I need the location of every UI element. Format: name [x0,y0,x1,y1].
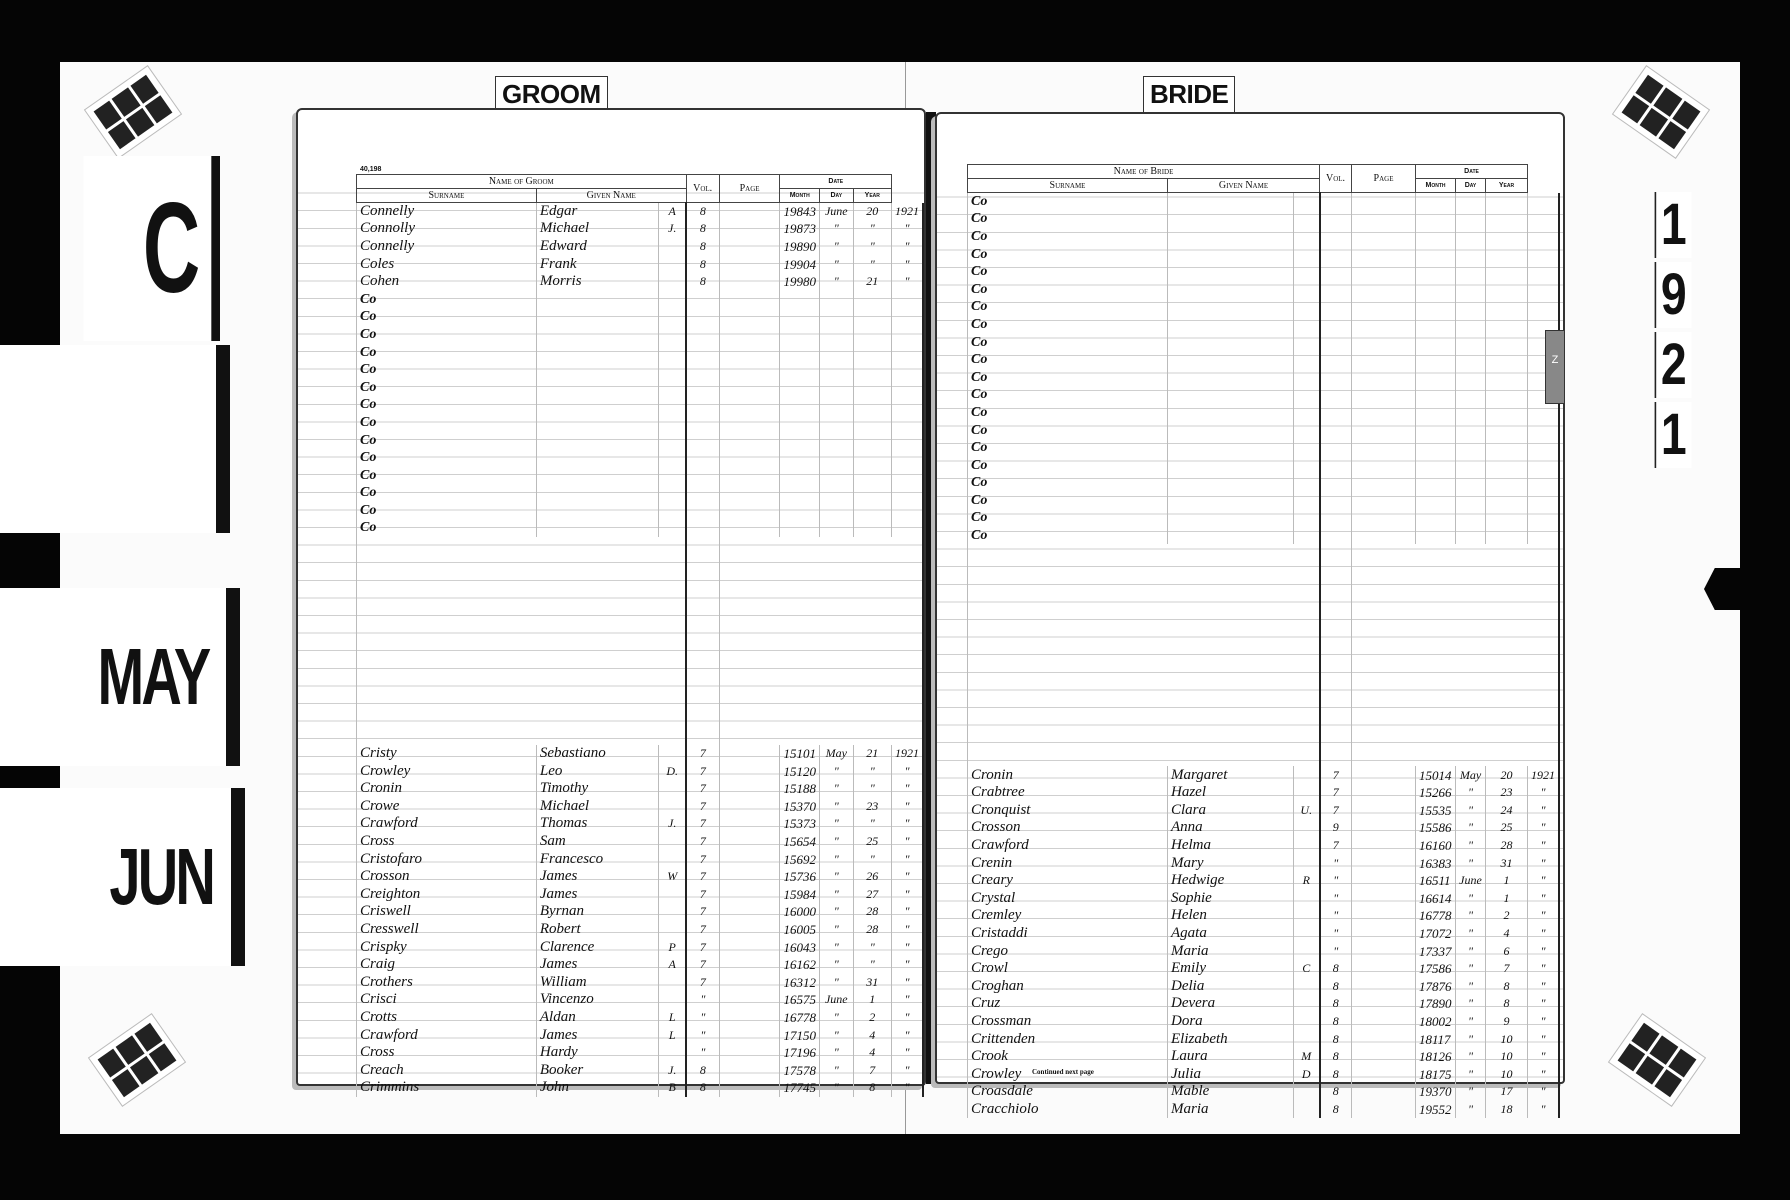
number-cell: 16778 [780,1009,820,1027]
vol-cell: 8 [1320,1083,1352,1101]
number-cell: 19843 [780,203,820,221]
day-cell [1486,474,1528,492]
vol-cell [686,378,719,396]
initial-cell [1294,280,1320,298]
index-letter: C [143,175,200,322]
vol-cell [1320,439,1352,457]
ledger-row: CrawfordJamesL"17150"4" [357,1026,924,1044]
given-name-cell [536,290,658,308]
ledger-row-placeholder: Co [968,298,1560,316]
day-cell [1486,386,1528,404]
initial-cell [659,921,686,939]
ledger-row: CrossmanDora818002"9" [968,1013,1560,1031]
year-cell: " [892,974,924,992]
col-given-name: Given Name [536,189,686,203]
year-cell: " [892,868,924,886]
vol-cell: 7 [686,815,719,833]
ledger-row: CrystalSophie"16614"1" [968,890,1560,908]
given-name-cell: Francesco [536,850,658,868]
year-cell: " [1528,1065,1560,1083]
vol-cell [1320,351,1352,369]
number-cell [780,378,820,396]
ledger-row: CremleyHelen"16778"2" [968,907,1560,925]
month-cell: May [1456,766,1486,784]
surname-cell: Creighton [357,886,537,904]
surname-cell: Cohen [357,273,537,291]
number-cell [780,431,820,449]
month-cell: " [819,850,853,868]
ledger-row: ConnellyEdward819890""" [357,238,924,256]
initial-cell [1294,784,1320,802]
surname-prefix-cell: Co [968,527,1168,545]
initial-cell [1294,210,1320,228]
day-cell [853,502,891,520]
page-cell [719,886,780,904]
number-cell: 15654 [780,833,820,851]
day-cell: 4 [853,1044,891,1062]
surname-prefix-cell: Co [357,484,537,502]
ledger-row-placeholder: Co [357,502,924,520]
ledger-row-placeholder: Co [357,449,924,467]
number-cell [780,484,820,502]
number-cell: 15101 [780,745,820,763]
month-cell [1456,492,1486,510]
year-cell: " [892,1026,924,1044]
vol-cell [686,414,719,432]
ledger-row-placeholder: Co [357,484,924,502]
col-day: Day [819,189,853,203]
vol-cell: " [1320,872,1352,890]
given-name-cell: Sophie [1168,890,1294,908]
surname-cell: Crawford [357,1026,537,1044]
number-cell: 19904 [780,255,820,273]
number-cell [1416,228,1456,246]
month-tab-jun: JUN [0,788,245,966]
given-name-cell: Delia [1168,978,1294,996]
number-cell [1416,333,1456,351]
month-cell: " [819,1009,853,1027]
given-name-cell [1168,386,1294,404]
initial-cell [1294,1083,1320,1101]
surname-prefix-cell: Co [968,351,1168,369]
year-cell: " [1528,802,1560,820]
surname-cell: Cristofaro [357,850,537,868]
number-cell: 16160 [1416,837,1456,855]
given-name-cell: James [536,1026,658,1044]
month-cell [1456,351,1486,369]
year-cell [1528,527,1560,545]
side-tab-letter: Z [1552,354,1559,366]
surname-cell: Cresswell [357,921,537,939]
surname-prefix-cell: Co [968,368,1168,386]
day-cell [1486,245,1528,263]
initial-cell [659,326,686,344]
page-cell [719,502,780,520]
ledger-row-placeholder: Co [968,404,1560,422]
given-name-cell [1168,245,1294,263]
vol-cell [1320,509,1352,527]
number-cell: 16005 [780,921,820,939]
month-cell [1456,474,1486,492]
month-cell: " [819,1026,853,1044]
day-cell [1486,421,1528,439]
surname-cell: Crossman [968,1013,1168,1031]
page-cell [719,956,780,974]
vol-cell [686,449,719,467]
page-cell [719,780,780,798]
surname-prefix-cell: Co [357,361,537,379]
page-cell [1352,421,1416,439]
day-cell: 21 [853,273,891,291]
page-cell [719,974,780,992]
surname-cell: Crawford [968,837,1168,855]
ledger-row-placeholder: Co [968,456,1560,474]
number-cell: 18117 [1416,1030,1456,1048]
year-cell: " [1528,1083,1560,1101]
month-cell: " [819,780,853,798]
number-cell: 16312 [780,974,820,992]
surname-prefix-cell: Co [357,431,537,449]
ledger-row: CreachBookerJ.817578"7" [357,1061,924,1079]
given-name-cell: Emily [1168,960,1294,978]
page-cell [719,1009,780,1027]
year-cell [1528,193,1560,211]
number-cell [1416,439,1456,457]
day-cell: 4 [1486,925,1528,943]
day-cell: 25 [1486,819,1528,837]
number-cell [1416,421,1456,439]
given-name-cell: Michael [536,798,658,816]
day-cell: 26 [853,868,891,886]
year-cell: " [1528,1030,1560,1048]
day-cell [1486,456,1528,474]
given-name-cell [1168,228,1294,246]
surname-cell: Crisci [357,991,537,1009]
given-name-cell: Clarence [536,938,658,956]
number-cell [1416,404,1456,422]
surname-prefix-cell: Co [357,378,537,396]
month-cell: " [819,956,853,974]
year-cell: " [1528,1101,1560,1119]
year-cell [1528,474,1560,492]
vol-cell: 7 [686,850,719,868]
year-cell: " [892,255,924,273]
vol-cell: 8 [1320,995,1352,1013]
page-cell [1352,492,1416,510]
day-cell [1486,193,1528,211]
vol-cell: 7 [686,886,719,904]
year-cell: " [892,762,924,780]
given-name-cell: Frank [536,255,658,273]
surname-cell: Cross [357,833,537,851]
year-cell: " [1528,995,1560,1013]
vol-cell [1320,456,1352,474]
number-cell [1416,509,1456,527]
vol-cell [686,361,719,379]
year-cell: " [892,1079,924,1097]
given-name-cell: Michael [536,220,658,238]
year-cell: " [1528,837,1560,855]
surname-cell: Connolly [357,220,537,238]
ledger-row: CrossonJamesW715736"26" [357,868,924,886]
page-cell [719,449,780,467]
ledger-row: CresswellRobert716005"28" [357,921,924,939]
month-cell: " [819,938,853,956]
year-cell [892,414,924,432]
initial-cell [659,886,686,904]
year-cell: " [892,780,924,798]
ledger-row: CroweMichael715370"23" [357,798,924,816]
page-cell [1352,854,1416,872]
day-cell: 9 [1486,1013,1528,1031]
initial-cell: J. [659,220,686,238]
vol-cell: 7 [1320,784,1352,802]
day-cell: 28 [853,921,891,939]
year-cell [1528,298,1560,316]
page-cell [719,519,780,537]
year-cell [892,361,924,379]
month-cell [819,308,853,326]
given-name-cell [1168,368,1294,386]
ledger-row-placeholder: Co [968,439,1560,457]
year-cell: 1921 [892,203,924,221]
number-cell: 19873 [780,220,820,238]
ledger-row: CrispkyClarenceP716043""" [357,938,924,956]
month-cell: " [1456,960,1486,978]
initial-cell [659,361,686,379]
page-cell [1352,995,1416,1013]
bride-ledger-page: Name of Bride Vol. Page Date Surname Giv… [935,112,1565,1084]
number-cell [1416,456,1456,474]
given-name-cell [1168,351,1294,369]
vol-cell: " [1320,890,1352,908]
day-cell [853,378,891,396]
number-cell: 18002 [1416,1013,1456,1031]
month-cell: " [819,238,853,256]
day-cell: " [853,956,891,974]
ledger-row: CrossonAnna915586"25" [968,819,1560,837]
month-tab-label: JUN [109,831,213,923]
number-cell: 15188 [780,780,820,798]
initial-cell: C [1294,960,1320,978]
page-cell [1352,890,1416,908]
year-cell: " [1528,1048,1560,1066]
month-cell [1456,210,1486,228]
vol-cell: 8 [686,238,719,256]
month-cell [819,396,853,414]
vol-cell: " [686,1044,719,1062]
initial-cell [1294,819,1320,837]
ledger-row: CrowleyLeoD.715120""" [357,762,924,780]
page-cell [1352,527,1416,545]
given-name-cell: Helen [1168,907,1294,925]
initial-cell [1294,995,1320,1013]
day-cell: " [853,780,891,798]
col-given-name: Given Name [1168,179,1320,193]
number-cell: 17150 [780,1026,820,1044]
surname-prefix-cell: Co [357,414,537,432]
day-cell: 31 [1486,854,1528,872]
surname-cell: Crego [968,942,1168,960]
page-cell [719,466,780,484]
day-cell [1486,210,1528,228]
given-name-cell: Timothy [536,780,658,798]
col-surname: Surname [968,179,1168,193]
surname-cell: Crystal [968,890,1168,908]
year-cell: " [1528,890,1560,908]
number-cell [1416,210,1456,228]
col-day: Day [1456,179,1486,193]
vol-cell [1320,193,1352,211]
month-cell: " [1456,978,1486,996]
surname-prefix-cell: Co [968,333,1168,351]
ledger-row-placeholder: Co [968,210,1560,228]
page-cell [1352,228,1416,246]
month-cell [1456,439,1486,457]
month-cell: " [1456,1101,1486,1119]
surname-cell: Croasdale [968,1083,1168,1101]
vol-cell: 7 [686,833,719,851]
number-cell [1416,351,1456,369]
page-cell [719,484,780,502]
vol-cell [1320,386,1352,404]
number-cell [1416,527,1456,545]
initial-cell [1294,421,1320,439]
number-cell [780,449,820,467]
vol-cell: 8 [686,273,719,291]
day-cell: 6 [1486,942,1528,960]
surname-cell: Crenin [968,854,1168,872]
vol-cell: 8 [1320,960,1352,978]
given-name-cell [536,396,658,414]
month-tab-label: MAY [97,631,208,723]
year-digit: 2 [1655,332,1692,398]
initial-cell [659,466,686,484]
day-cell [1486,263,1528,281]
initial-cell [1294,404,1320,422]
day-cell: 1 [1486,890,1528,908]
initial-cell [1294,1013,1320,1031]
month-cell: June [819,991,853,1009]
number-cell: 19890 [780,238,820,256]
initial-cell [1294,245,1320,263]
year-cell: " [1528,978,1560,996]
month-cell: " [1456,1030,1486,1048]
col-page: Page [1352,165,1416,193]
surname-cell: Cremley [968,907,1168,925]
month-cell [819,290,853,308]
given-name-cell [1168,456,1294,474]
month-cell: " [819,1044,853,1062]
ledger-row: CrearyHedwigeR"16511June1" [968,872,1560,890]
number-cell [1416,280,1456,298]
initial-cell [659,974,686,992]
given-name-cell: Morris [536,273,658,291]
initial-cell [1294,890,1320,908]
given-name-cell [1168,439,1294,457]
vol-cell: 8 [686,1079,719,1097]
number-cell [780,502,820,520]
surname-cell: Crispky [357,938,537,956]
vol-cell: " [1320,854,1352,872]
day-cell: 8 [1486,978,1528,996]
number-cell [780,396,820,414]
number-cell [1416,474,1456,492]
month-cell: " [819,868,853,886]
blank-cell [1352,544,1560,766]
number-cell [1416,386,1456,404]
surname-cell: Criswell [357,903,537,921]
month-cell [1456,509,1486,527]
vol-cell [686,343,719,361]
year-cell: 1921 [892,745,924,763]
blank-cell [1320,544,1352,766]
surname-prefix-cell: Co [968,245,1168,263]
initial-cell [659,850,686,868]
bride-ledger-table: Name of Bride Vol. Page Date Surname Giv… [967,164,1560,1118]
blank-cell [968,544,1320,766]
col-vol: Vol. [1320,165,1352,193]
day-cell: 20 [1486,766,1528,784]
vol-cell: 7 [686,780,719,798]
month-cell [1456,298,1486,316]
year-cell: " [892,238,924,256]
year-cell: " [892,1044,924,1062]
month-cell: " [819,886,853,904]
surname-prefix-cell: Co [968,474,1168,492]
day-cell: 24 [1486,802,1528,820]
surname-prefix-cell: Co [968,280,1168,298]
ledger-row: CrossHardy"17196"4" [357,1044,924,1062]
vol-cell: " [1320,925,1352,943]
year-cell: 1921 [1528,766,1560,784]
day-cell [853,396,891,414]
given-name-cell: Hardy [536,1044,658,1062]
vol-cell [686,290,719,308]
index-letter-tab: C [84,156,220,341]
day-cell: 2 [853,1009,891,1027]
initial-cell [659,484,686,502]
day-cell [853,343,891,361]
year-cell: " [1528,784,1560,802]
surname-cell: Cronin [968,766,1168,784]
surname-cell: Cross [357,1044,537,1062]
surname-prefix-cell: Co [968,210,1168,228]
year-cell: " [892,903,924,921]
vol-cell: 8 [686,203,719,221]
month-cell: " [1456,854,1486,872]
ledger-row-placeholder: Co [968,351,1560,369]
month-cell: " [1456,942,1486,960]
number-cell: 18175 [1416,1065,1456,1083]
vol-cell [1320,228,1352,246]
number-cell: 16383 [1416,854,1456,872]
initial-cell: M [1294,1048,1320,1066]
surname-prefix-cell: Co [968,263,1168,281]
blank-tab [0,345,230,533]
year-cell: " [892,886,924,904]
ledger-row: CrawfordHelma716160"28" [968,837,1560,855]
ledger-row: ConnollyMichaelJ.819873""" [357,220,924,238]
initial-cell [659,519,686,537]
page-cell [1352,263,1416,281]
vol-cell [1320,333,1352,351]
initial-cell [659,798,686,816]
day-cell: 1 [853,991,891,1009]
vol-cell: 8 [1320,1065,1352,1083]
initial-cell [659,1044,686,1062]
number-cell: 17072 [1416,925,1456,943]
